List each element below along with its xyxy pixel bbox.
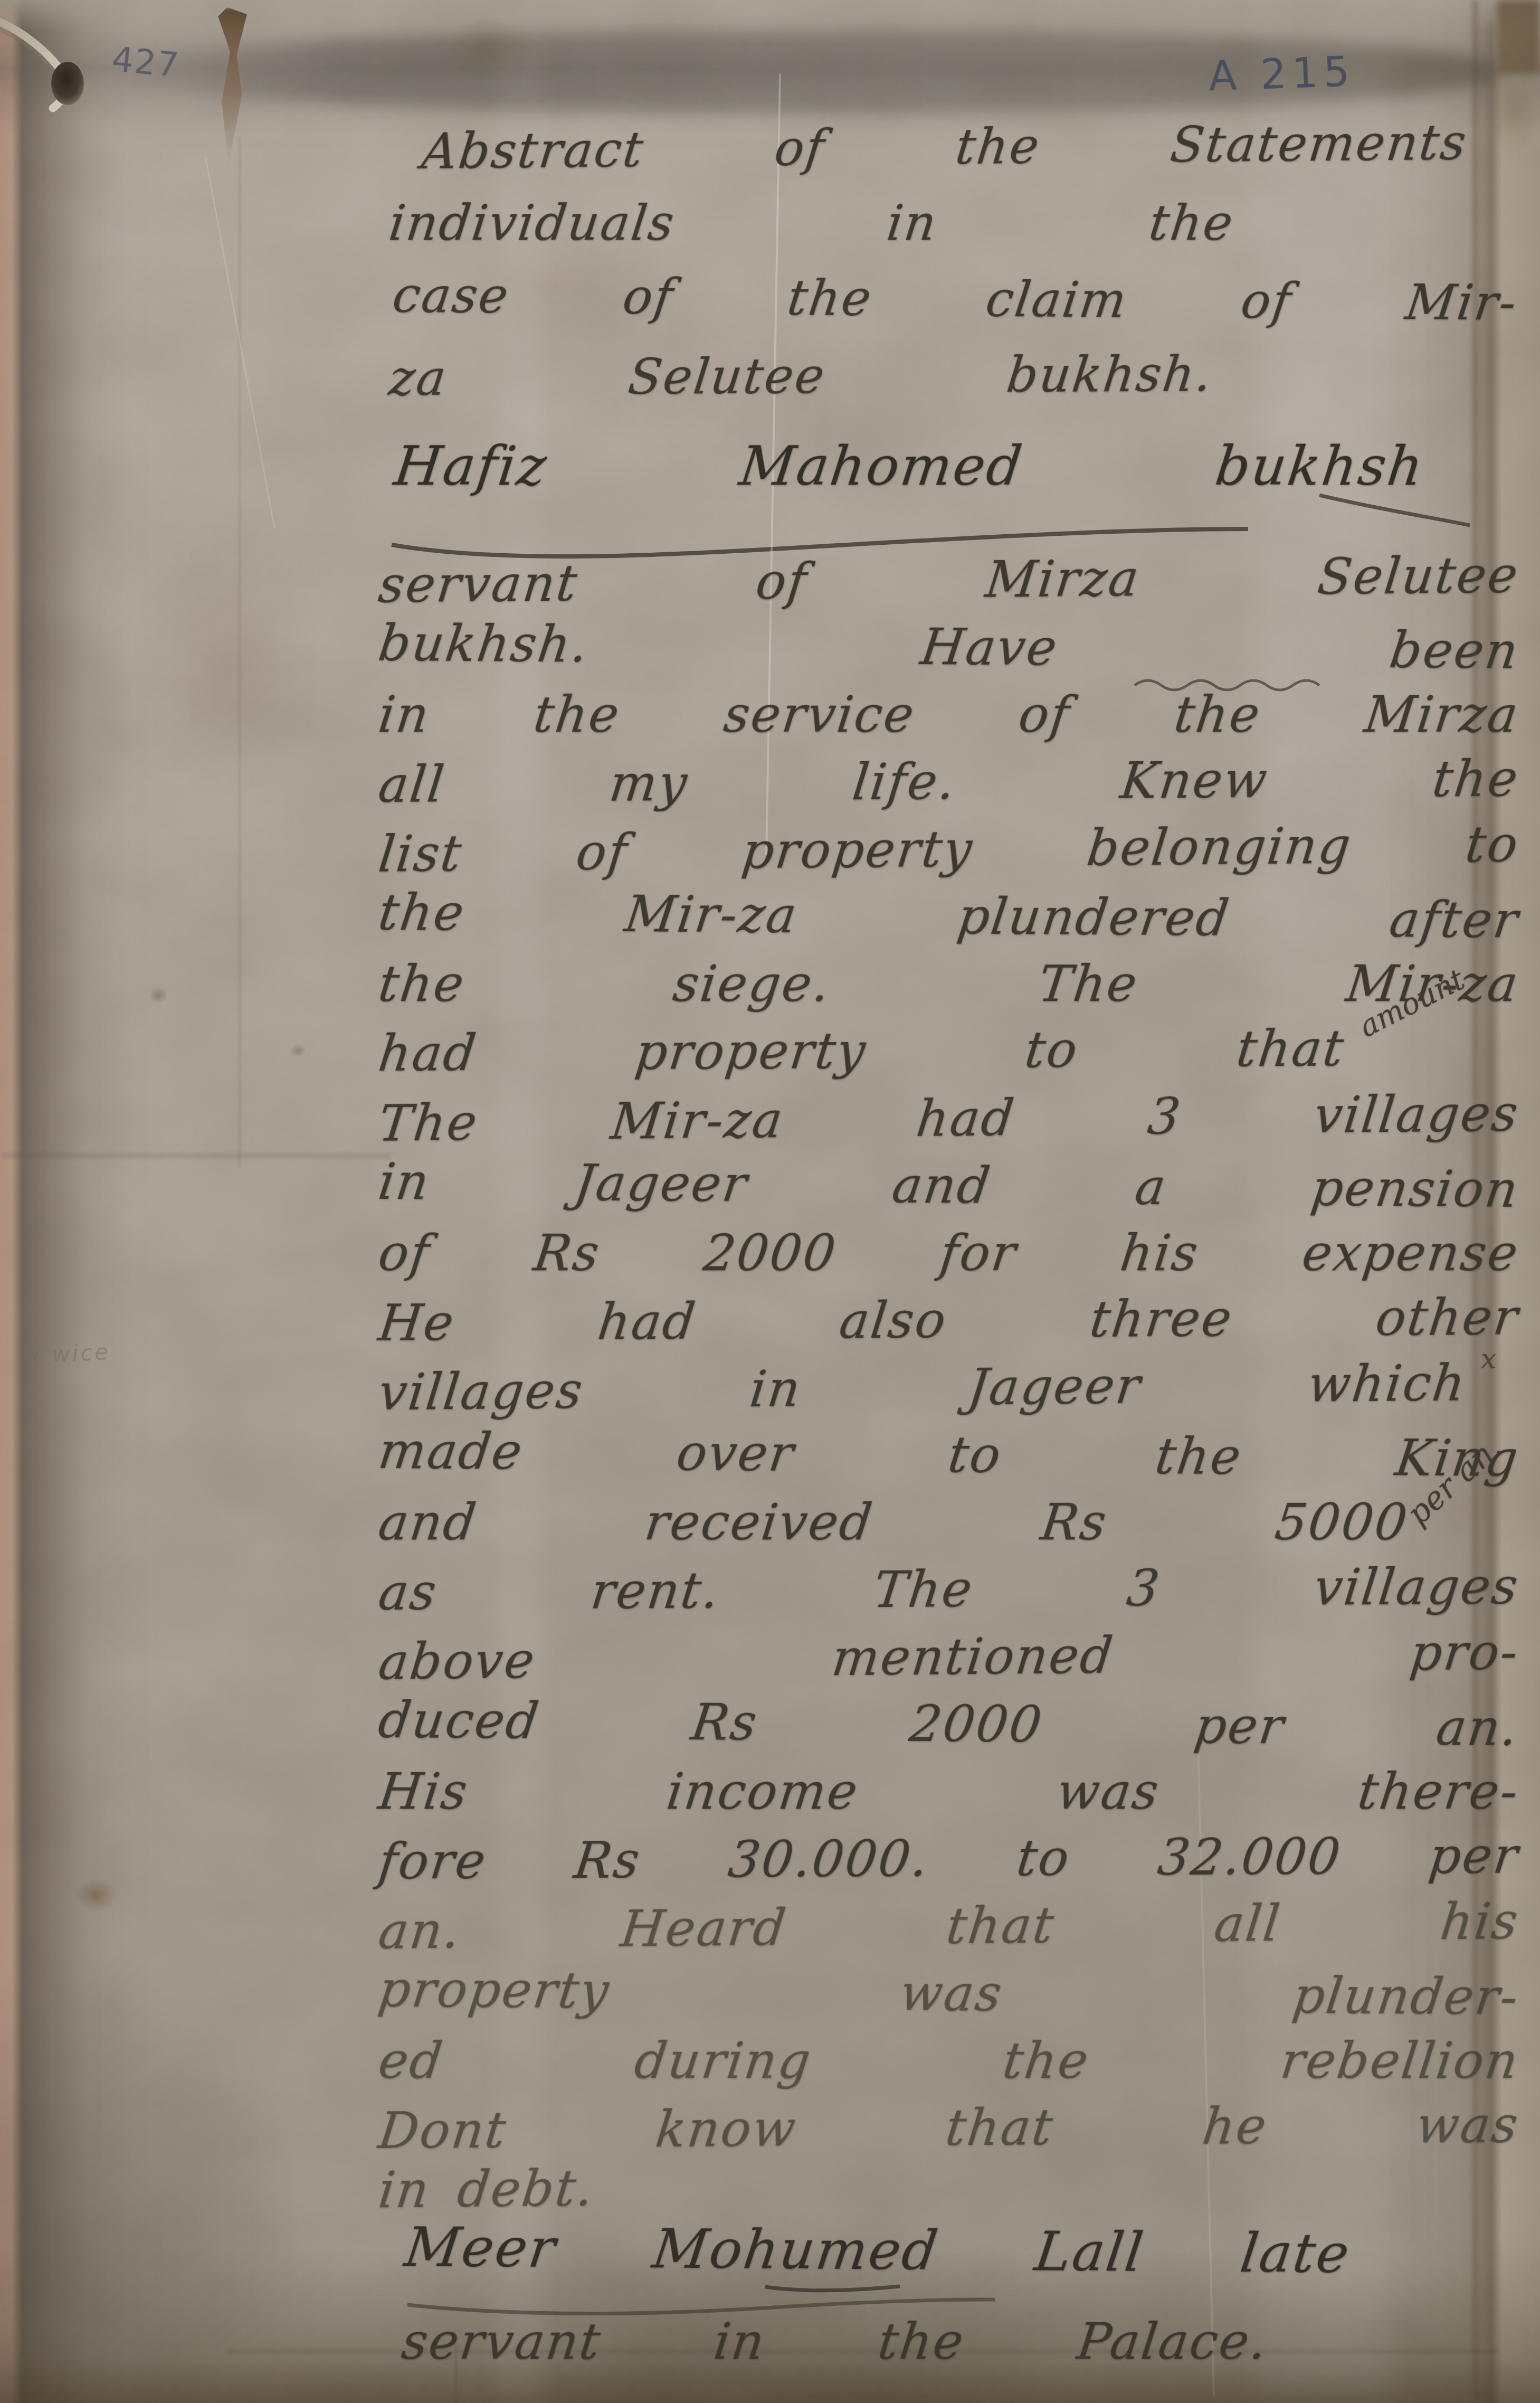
manuscript-page: 427 A 215 Abstract of the Statements ind… xyxy=(0,0,1540,2403)
paper-texture xyxy=(0,0,1540,2403)
